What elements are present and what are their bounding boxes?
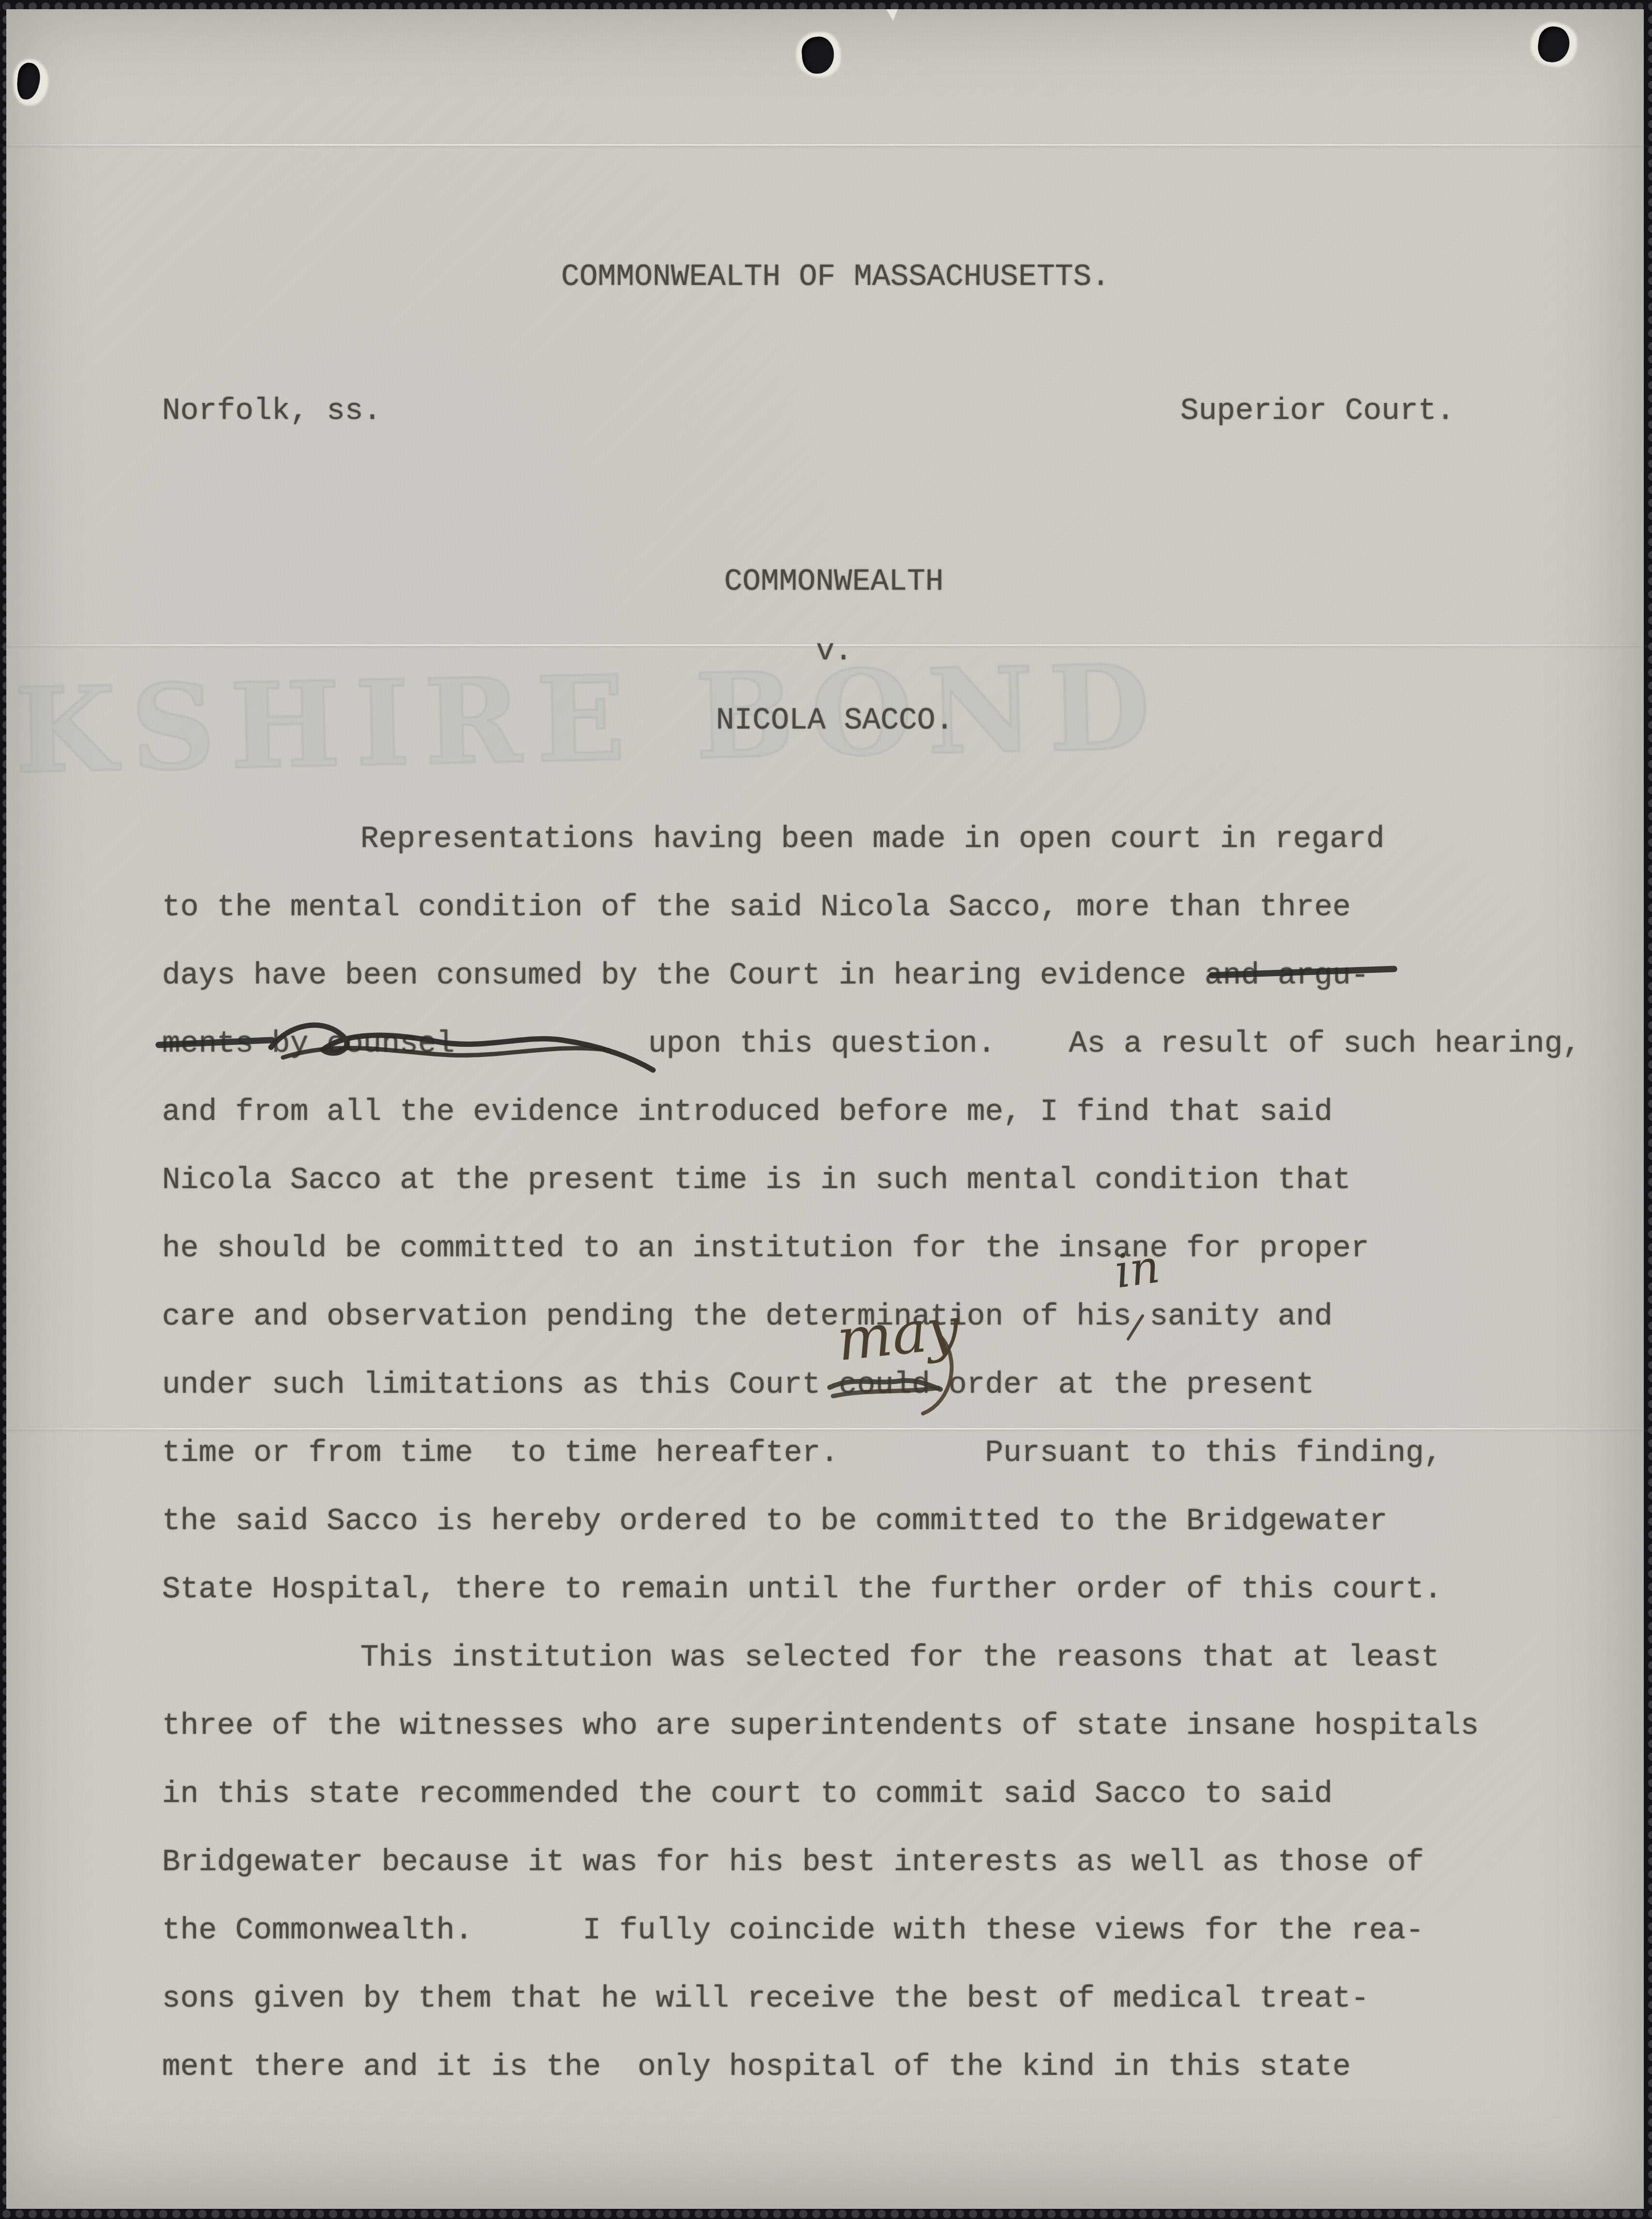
- body-text: order at the present: [930, 1368, 1314, 1402]
- body-line: time or from time to time hereafter. Pur…: [162, 1436, 1442, 1470]
- body-text: under such limitations as this Court: [162, 1368, 839, 1402]
- fold-crease: [0, 144, 1652, 146]
- body-line: ments by counselupon this question. As a…: [162, 1027, 1581, 1061]
- struck-text: ments by counsel: [162, 1027, 455, 1061]
- body-line: he should be committed to an institution…: [162, 1232, 1369, 1266]
- struck-text-wrap: ments by counsel: [162, 1027, 648, 1061]
- body-text: days have been consumed by the Court in …: [162, 958, 1205, 993]
- body-line: care and observation pending the determi…: [162, 1300, 1333, 1334]
- body-line: ment there and it is the only hospital o…: [162, 2050, 1351, 2084]
- body-line: in this state recommended the court to c…: [162, 1777, 1333, 1811]
- venue-county: Norfolk, ss.: [162, 394, 382, 428]
- struck-text: and argu-: [1205, 958, 1369, 993]
- caption-defendant: NICOLA SACCO.: [716, 704, 953, 738]
- body-line: three of the witnesses who are superinte…: [162, 1709, 1479, 1743]
- body-line: Bridgewater because it was for his best …: [162, 1846, 1424, 1879]
- scan-backdrop: KSHIRE BOND COMMONWEALTH OF MASSACHUSETT…: [0, 0, 1652, 2219]
- caption-versus: v.: [816, 635, 853, 669]
- body-line: sons given by them that he will receive …: [162, 1982, 1369, 2016]
- body-line: State Hospital, there to remain until th…: [162, 1573, 1442, 1607]
- body-line: and from all the evidence introduced bef…: [162, 1095, 1333, 1129]
- body-text: care and observation pending the determi…: [162, 1299, 1131, 1334]
- document-title: COMMONWEALTH OF MASSACHUSETTS.: [561, 260, 1110, 294]
- struck-text: could: [839, 1368, 930, 1402]
- body-line: under such limitations as this Court cou…: [162, 1368, 1314, 1402]
- venue-court: Superior Court.: [1180, 394, 1455, 428]
- body-line: Representations having been made in open…: [360, 822, 1384, 856]
- body-line: This institution was selected for the re…: [360, 1641, 1440, 1675]
- body-line: days have been consumed by the Court in …: [162, 959, 1369, 993]
- body-line: to the mental condition of the said Nico…: [162, 891, 1351, 924]
- body-text: sanity and: [1131, 1299, 1333, 1334]
- paper-tear-nick: [886, 9, 898, 21]
- body-line: Nicola Sacco at the present time is in s…: [162, 1163, 1351, 1197]
- caption-plaintiff: COMMONWEALTH: [724, 565, 944, 599]
- body-line: the said Sacco is hereby ordered to be c…: [162, 1504, 1387, 1538]
- body-text: upon this question. As a result of such …: [648, 1027, 1581, 1061]
- body-line: the Commonwealth. I fully coincide with …: [162, 1914, 1424, 1948]
- fold-crease: [0, 1428, 1652, 1430]
